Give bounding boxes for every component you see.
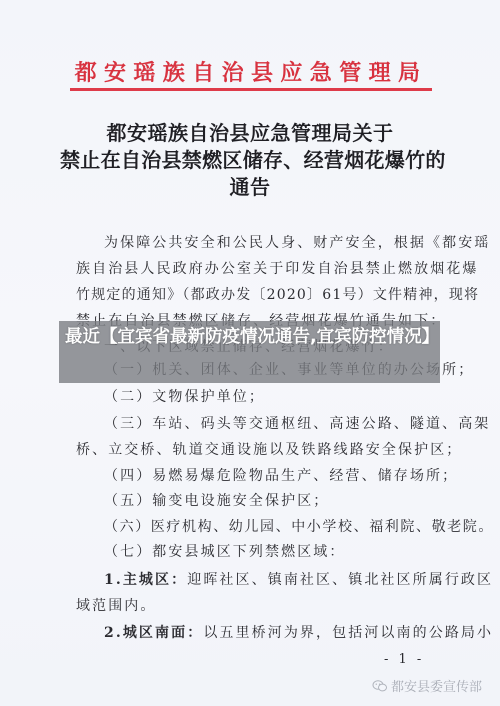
title-line-3: 通告: [60, 175, 440, 199]
wechat-icon: [372, 679, 388, 693]
body-line: 2.城区南面：以五里桥河为界，包括河以南的公路局小: [104, 624, 454, 642]
body-line: （四）易燃易爆危险物品生产、经营、储存场所；: [104, 467, 454, 485]
title-line-2: 禁止在自治县禁燃区储存、经营烟花爆竹的: [60, 148, 440, 172]
item-text: 迎晖社区、镇南社区、镇北社区所属行政区: [187, 572, 493, 588]
body-line: （二）文物保护单位；: [104, 388, 454, 406]
body-line: （七）都安县城区下列禁燃区域：: [104, 543, 454, 561]
watermark: 都安县委宣传部: [372, 676, 482, 695]
body-line: 为保障公共安全和公民人身、财产安全，根据《都安瑶: [104, 234, 454, 252]
page-number: - 1 -: [384, 652, 424, 667]
body-line: （五）输变电设施安全保护区；: [104, 492, 454, 510]
body-line: 1.主城区：迎晖社区、镇南社区、镇北社区所属行政区: [104, 571, 454, 589]
body-line: 域范围内。: [76, 597, 426, 615]
body-line: （六）医疗机构、幼儿园、中小学校、福利院、敬老院。: [104, 518, 454, 536]
title-line-1: 都安瑶族自治县应急管理局关于: [60, 121, 440, 145]
body-line: 竹规定的通知》（都政办发〔2020〕61号）文件精神，现将: [76, 286, 426, 304]
org-header: 都安瑶族自治县应急管理局: [70, 59, 432, 87]
item-label: 2.城区南面：: [104, 625, 203, 641]
item-text: 以五里桥河为界，包括河以南的公路局小: [203, 625, 493, 641]
red-header-rule: [70, 88, 432, 91]
body-line: 桥、立交桥、轨道交通设施以及铁路线路安全保护区；: [76, 441, 426, 459]
item-label: 1.主城区：: [104, 572, 187, 588]
caption-overlay: 最近【宜宾省最新防疫情况通告,宜宾防控情况】: [59, 321, 440, 383]
watermark-text: 都安县委宣传部: [391, 676, 482, 695]
caption-text: 最近【宜宾省最新防疫情况通告,宜宾防控情况】: [59, 324, 440, 351]
body-line: （三）车站、码头等交通枢纽、高速公路、隧道、高架: [104, 415, 454, 433]
body-line: 族自治县人民政府办公室关于印发自治县禁止燃放烟花爆: [76, 260, 426, 278]
